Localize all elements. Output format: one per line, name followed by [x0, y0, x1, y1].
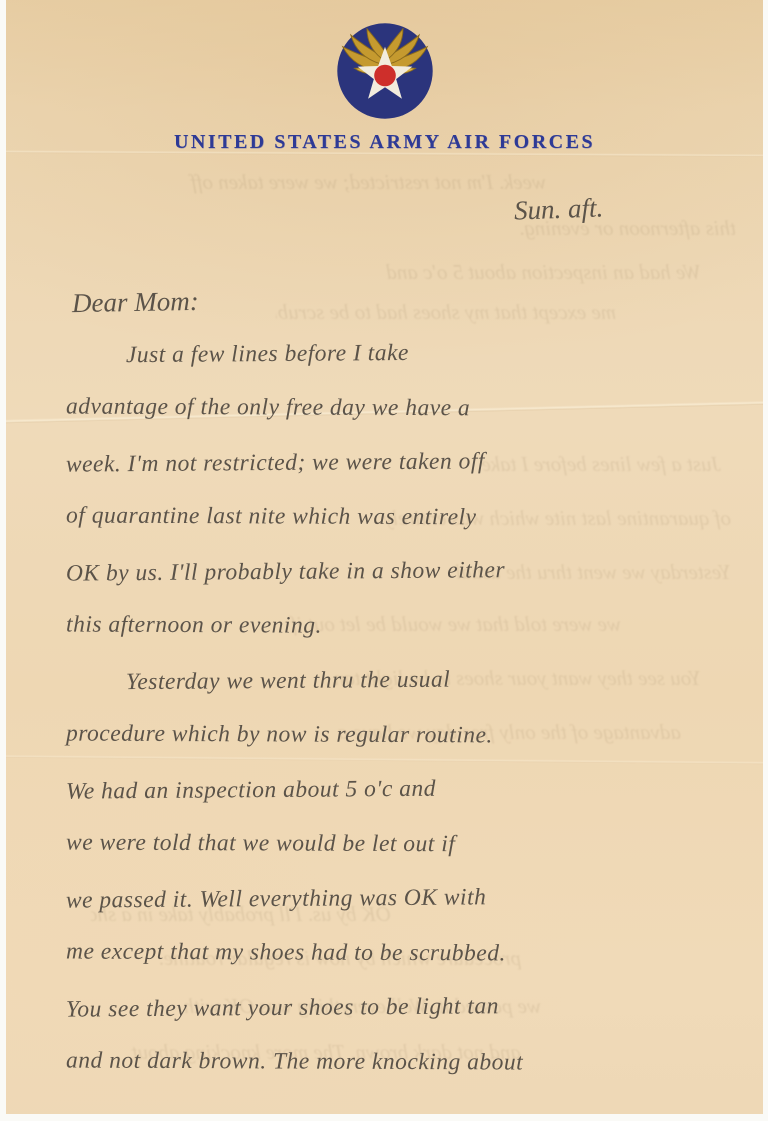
bleedthrough-line: week. I'm not restricted; we were taken …	[76, 170, 546, 195]
letter-line: advantage of the only free day we have a	[66, 393, 735, 450]
letter-line: You see they want your shoes to be light…	[66, 991, 735, 1051]
letter-line: procedure which by now is regular routin…	[66, 720, 735, 777]
letter-line: this afternoon or evening.	[66, 611, 735, 668]
date-line: Sun. aft.	[513, 192, 603, 226]
bleedthrough-line: me except that my shoes had to be scrubb…	[276, 300, 616, 325]
letter-line: we passed it. Well everything was OK wit…	[66, 882, 735, 942]
letter-line: me except that my shoes had to be scrubb…	[66, 938, 735, 995]
bleedthrough-line: this afternoon or evening.	[276, 216, 736, 241]
letterhead-title: UNITED STATES ARMY AIR FORCES	[6, 131, 763, 154]
bleedthrough-line: We had an inspection about 5 o'c and	[81, 260, 701, 285]
letter-line: Yesterday we went thru the usual	[66, 664, 735, 724]
letter-paper: week. I'm not restricted; we were taken …	[6, 0, 763, 1114]
letter-line: of quarantine last nite which was entire…	[66, 502, 735, 559]
scanned-letter-page: week. I'm not restricted; we were taken …	[0, 0, 768, 1121]
salutation: Dear Mom:	[72, 286, 199, 319]
letter-line: Just a few lines before I take	[66, 337, 735, 397]
letter-line: and not dark brown. The more knocking ab…	[66, 1047, 735, 1104]
letter-line: OK by us. I'll probably take in a show e…	[66, 555, 735, 615]
letter-line: We had an inspection about 5 o'c and	[66, 773, 735, 833]
letter-line: we were told that we would be let out if	[66, 829, 735, 886]
usaaf-winged-star-emblem-icon	[331, 17, 439, 125]
letter-line: week. I'm not restricted; we were taken …	[66, 446, 735, 506]
letter-body: Just a few lines before I takeadvantage …	[66, 340, 735, 1103]
